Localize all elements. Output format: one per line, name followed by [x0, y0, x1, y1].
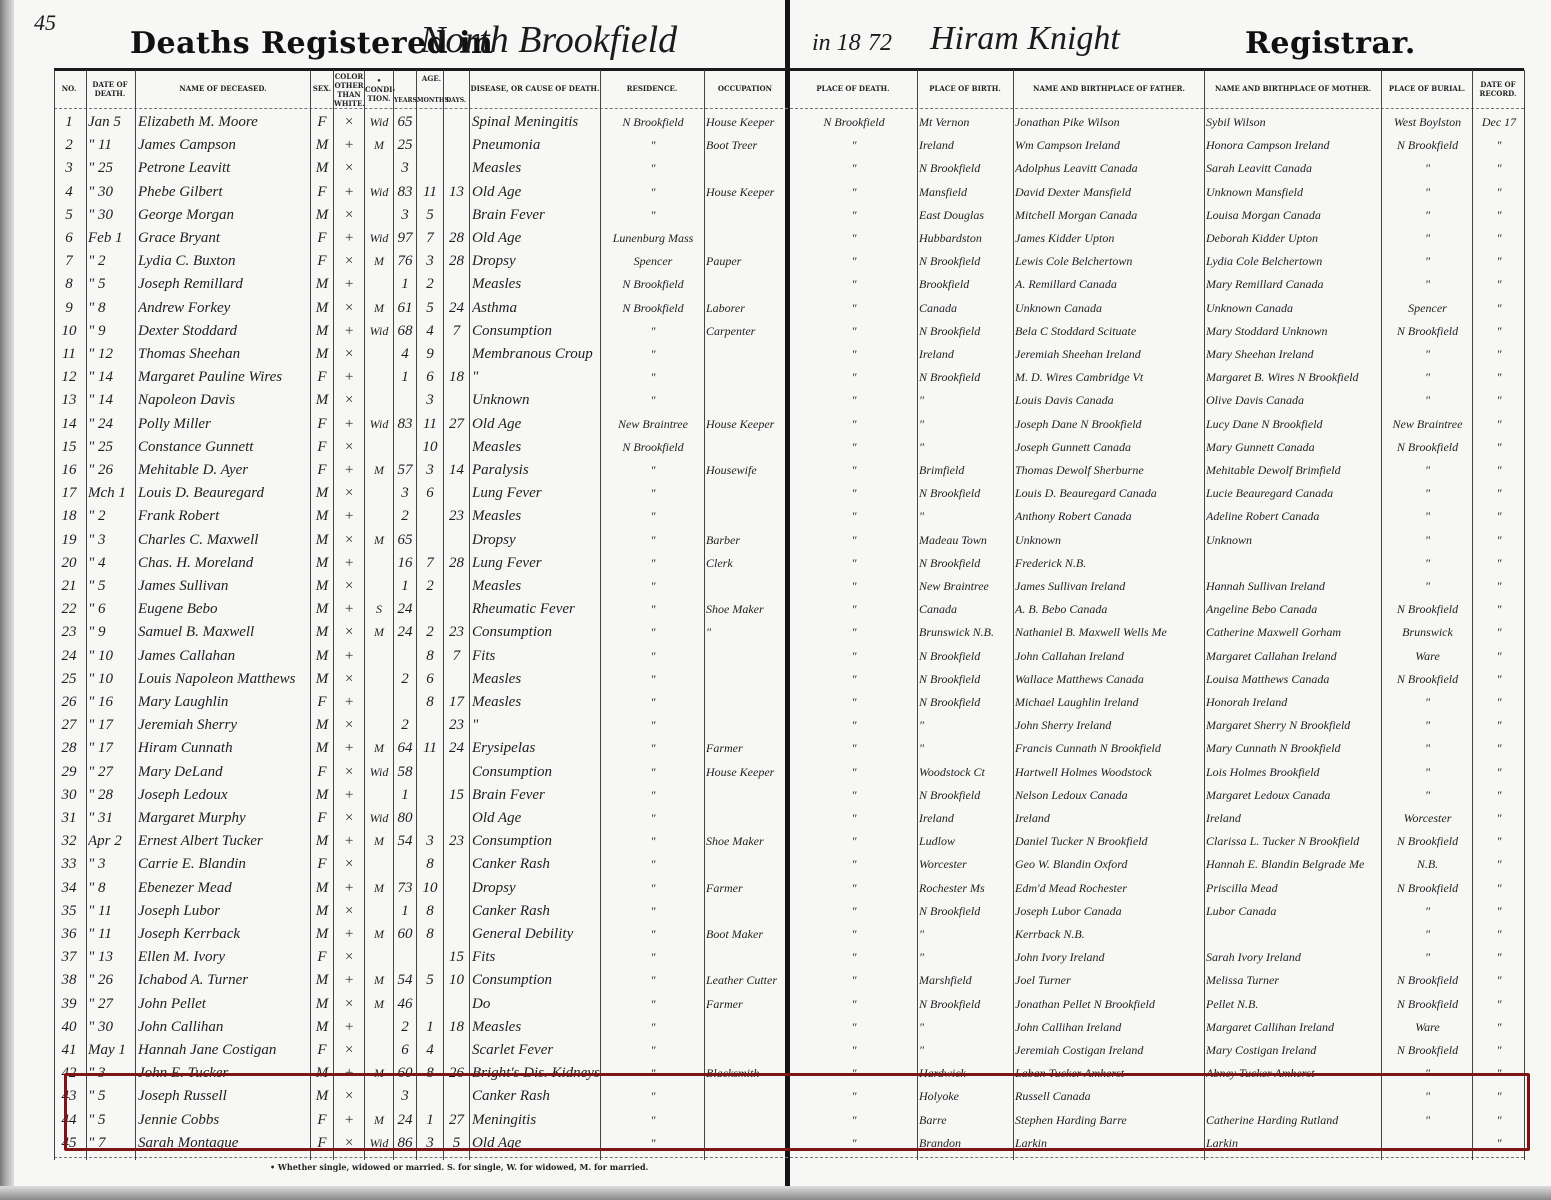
- cell-y: 65: [394, 111, 416, 133]
- header-place-of-birth: Place of Birth.: [917, 84, 1013, 93]
- color-mark-glyph: +: [334, 691, 364, 713]
- cell-rec: ": [1474, 853, 1524, 875]
- cell-m: 4: [417, 320, 443, 342]
- cell-pob: ": [919, 923, 1013, 945]
- cell-m: 8: [417, 923, 443, 945]
- cell-pob: Ludlow: [919, 830, 1013, 852]
- cell-disease: Old Age: [472, 807, 600, 829]
- cell-date: " 3: [88, 529, 134, 551]
- column-line: [1472, 70, 1473, 1160]
- cell-mother: Louisa Matthews Canada: [1206, 668, 1381, 690]
- cell-pod: ": [792, 320, 916, 342]
- cell-burial: ": [1383, 1109, 1472, 1131]
- color-mark-glyph: +: [334, 505, 364, 527]
- cell-date: " 5: [88, 273, 134, 295]
- cell-sex: M: [311, 482, 333, 504]
- cell-father: Wallace Matthews Canada: [1015, 668, 1204, 690]
- cell-pod: ": [792, 482, 916, 504]
- cell-father: Bela C Stoddard Scituate: [1015, 320, 1204, 342]
- cell-res: ": [602, 343, 704, 365]
- cell-pob: N Brookfield: [919, 900, 1013, 922]
- cell-name: Thomas Sheehan: [138, 343, 310, 365]
- cell-no: 17: [54, 482, 84, 504]
- cell-sex: M: [311, 1085, 333, 1107]
- cell-name: Jeremiah Sherry: [138, 714, 310, 736]
- cell-disease: General Debility: [472, 923, 600, 945]
- cell-rec: ": [1474, 389, 1524, 411]
- color-mark-glyph: +: [334, 181, 364, 203]
- column-line: [1013, 70, 1014, 1160]
- cell-m: 11: [417, 413, 443, 435]
- cell-m: 11: [417, 737, 443, 759]
- cell-pob: Canada: [919, 297, 1013, 319]
- cell-father: M. D. Wires Cambridge Vt: [1015, 366, 1204, 388]
- color-mark-glyph: ×: [334, 993, 364, 1015]
- cell-burial: ": [1383, 575, 1472, 597]
- cell-date: " 14: [88, 366, 134, 388]
- cell-pob: Canada: [919, 598, 1013, 620]
- column-line: [1381, 70, 1382, 1160]
- cell-name: Grace Bryant: [138, 227, 310, 249]
- cell-sex: M: [311, 575, 333, 597]
- cell-burial: New Braintree: [1383, 413, 1472, 435]
- cell-rec: ": [1474, 784, 1524, 806]
- cell-mother: Adeline Robert Canada: [1206, 505, 1381, 527]
- cell-m: 6: [417, 366, 443, 388]
- color-mark-glyph: ×: [334, 1132, 364, 1154]
- cell-burial: ": [1383, 900, 1472, 922]
- cell-pod: ": [792, 529, 916, 551]
- cell-mother: Honora Campson Ireland: [1206, 134, 1381, 156]
- cell-rec: ": [1474, 714, 1524, 736]
- cell-pob: Hardwick: [919, 1062, 1013, 1084]
- cell-name: James Callahan: [138, 645, 310, 667]
- cell-occ: Leather Cutter: [706, 969, 786, 991]
- cell-rec: ": [1474, 668, 1524, 690]
- cell-disease: Measles: [472, 668, 600, 690]
- cell-rec: ": [1474, 459, 1524, 481]
- cell-father: Louis Davis Canada: [1015, 389, 1204, 411]
- cell-mother: Margaret Callihan Ireland: [1206, 1016, 1381, 1038]
- cell-rec: ": [1474, 575, 1524, 597]
- color-mark-glyph: ×: [334, 482, 364, 504]
- cell-d: 15: [444, 784, 469, 806]
- cell-mother: Mary Gunnett Canada: [1206, 436, 1381, 458]
- cell-d: 17: [444, 691, 469, 713]
- cell-sex: M: [311, 621, 333, 643]
- cell-name: Eugene Bebo: [138, 598, 310, 620]
- cell-res: ": [602, 969, 704, 991]
- cell-res: ": [602, 1132, 704, 1154]
- cell-rec: ": [1474, 1016, 1524, 1038]
- cell-father: Adolphus Leavitt Canada: [1015, 157, 1204, 179]
- cell-res: ": [602, 923, 704, 945]
- cell-sex: M: [311, 877, 333, 899]
- cell-no: 8: [54, 273, 84, 295]
- cell-sex: F: [311, 181, 333, 203]
- cell-disease: Bright's Dis. Kidneys: [472, 1062, 600, 1084]
- cell-pod: ": [792, 343, 916, 365]
- cell-no: 29: [54, 761, 84, 783]
- cell-res: ": [602, 946, 704, 968]
- cell-pob: N Brookfield: [919, 320, 1013, 342]
- column-line: [469, 70, 470, 1160]
- cell-father: Anthony Robert Canada: [1015, 505, 1204, 527]
- cell-y: 24: [394, 621, 416, 643]
- registrar-name: Hiram Knight: [930, 20, 1120, 58]
- cell-pob: N Brookfield: [919, 482, 1013, 504]
- color-mark-glyph: ×: [334, 853, 364, 875]
- cell-father: Kerrback N.B.: [1015, 923, 1204, 945]
- cell-res: ": [602, 389, 704, 411]
- cell-m: 3: [417, 250, 443, 272]
- cell-date: " 9: [88, 320, 134, 342]
- cell-no: 36: [54, 923, 84, 945]
- cell-date: " 30: [88, 181, 134, 203]
- cell-pob: New Braintree: [919, 575, 1013, 597]
- cell-name: Louis D. Beauregard: [138, 482, 310, 504]
- cell-no: 28: [54, 737, 84, 759]
- cell-pob: N Brookfield: [919, 784, 1013, 806]
- table-rule-bottom: [54, 1157, 1524, 1159]
- cell-name: Carrie E. Blandin: [138, 853, 310, 875]
- cell-disease: Dropsy: [472, 529, 600, 551]
- cell-occ: Clerk: [706, 552, 786, 574]
- cell-y: 76: [394, 250, 416, 272]
- cell-burial: ": [1383, 227, 1472, 249]
- cell-occ: Pauper: [706, 250, 786, 272]
- cell-m: 6: [417, 668, 443, 690]
- cell-mother: Lois Holmes Brookfield: [1206, 761, 1381, 783]
- cell-occ: Housewife: [706, 459, 786, 481]
- color-mark-glyph: +: [334, 413, 364, 435]
- town-name: North Brookfield: [420, 18, 677, 62]
- cell-pod: ": [792, 830, 916, 852]
- cell-mother: Lucy Dane N Brookfield: [1206, 413, 1381, 435]
- cell-name: Mary Laughlin: [138, 691, 310, 713]
- cell-date: " 13: [88, 946, 134, 968]
- cell-disease: Meningitis: [472, 1109, 600, 1131]
- cell-name: John E. Tucker: [138, 1062, 310, 1084]
- cell-disease: Lung Fever: [472, 552, 600, 574]
- cell-pob: Brimfield: [919, 459, 1013, 481]
- cell-m: 2: [417, 575, 443, 597]
- cell-rec: ": [1474, 1085, 1524, 1107]
- cell-mother: Lydia Cole Belchertown: [1206, 250, 1381, 272]
- cell-name: Constance Gunnett: [138, 436, 310, 458]
- cell-rec: ": [1474, 761, 1524, 783]
- cell-rec: ": [1474, 621, 1524, 643]
- cell-father: Thomas Dewolf Sherburne: [1015, 459, 1204, 481]
- cell-name: Hannah Jane Costigan: [138, 1039, 310, 1061]
- cell-name: Joseph Kerrback: [138, 923, 310, 945]
- cell-d: 7: [444, 320, 469, 342]
- cell-d: 24: [444, 737, 469, 759]
- cell-occ: Boot Maker: [706, 923, 786, 945]
- cell-name: Ellen M. Ivory: [138, 946, 310, 968]
- cell-father: Michael Laughlin Ireland: [1015, 691, 1204, 713]
- page-bottom-edge: [0, 1186, 1551, 1200]
- cell-no: 16: [54, 459, 84, 481]
- cell-burial: ": [1383, 1062, 1472, 1084]
- color-mark-glyph: ×: [334, 389, 364, 411]
- cell-father: Nathaniel B. Maxwell Wells Me: [1015, 621, 1204, 643]
- cell-burial: Spencer: [1383, 297, 1472, 319]
- cell-m: 5: [417, 204, 443, 226]
- cell-pob: Ireland: [919, 807, 1013, 829]
- cell-res: ": [602, 830, 704, 852]
- cell-name: James Sullivan: [138, 575, 310, 597]
- cell-pob: Brandon: [919, 1132, 1013, 1154]
- cell-d: 14: [444, 459, 469, 481]
- cell-burial: N Brookfield: [1383, 320, 1472, 342]
- cell-cond: M: [365, 297, 393, 319]
- cell-mother: Ireland: [1206, 807, 1381, 829]
- cell-sex: F: [311, 459, 333, 481]
- cell-y: 1: [394, 784, 416, 806]
- cell-pod: ": [792, 946, 916, 968]
- cell-y: 60: [394, 1062, 416, 1084]
- cell-pod: ": [792, 900, 916, 922]
- cell-father: Joseph Gunnett Canada: [1015, 436, 1204, 458]
- cell-y: 80: [394, 807, 416, 829]
- cell-no: 7: [54, 250, 84, 272]
- cell-sex: M: [311, 993, 333, 1015]
- cell-res: ": [602, 598, 704, 620]
- cell-m: 7: [417, 227, 443, 249]
- cell-name: Charles C. Maxwell: [138, 529, 310, 551]
- cell-rec: ": [1474, 969, 1524, 991]
- cell-father: John Sherry Ireland: [1015, 714, 1204, 736]
- cell-mother: Sybil Wilson: [1206, 111, 1381, 133]
- cell-no: 10: [54, 320, 84, 342]
- cell-occ: House Keeper: [706, 413, 786, 435]
- cell-res: ": [602, 204, 704, 226]
- cell-d: 10: [444, 969, 469, 991]
- cell-disease: Dropsy: [472, 877, 600, 899]
- cell-rec: ": [1474, 993, 1524, 1015]
- cell-pob: Barre: [919, 1109, 1013, 1131]
- cell-father: Jonathan Pellet N Brookfield: [1015, 993, 1204, 1015]
- cell-m: 8: [417, 691, 443, 713]
- cell-pod: ": [792, 645, 916, 667]
- cell-no: 44: [54, 1109, 84, 1131]
- cell-father: Lewis Cole Belchertown: [1015, 250, 1204, 272]
- cell-pod: ": [792, 505, 916, 527]
- cell-d: 18: [444, 1016, 469, 1038]
- color-mark-glyph: ×: [334, 714, 364, 736]
- cell-father: James Kidder Upton: [1015, 227, 1204, 249]
- cell-y: 57: [394, 459, 416, 481]
- color-mark-glyph: ×: [334, 111, 364, 133]
- cell-no: 30: [54, 784, 84, 806]
- cell-disease: Old Age: [472, 413, 600, 435]
- cell-date: " 8: [88, 297, 134, 319]
- cell-father: James Sullivan Ireland: [1015, 575, 1204, 597]
- cell-father: Louis D. Beauregard Canada: [1015, 482, 1204, 504]
- cell-burial: N Brookfield: [1383, 830, 1472, 852]
- cell-no: 27: [54, 714, 84, 736]
- color-mark-glyph: ×: [334, 157, 364, 179]
- cell-res: ": [602, 157, 704, 179]
- cell-m: 8: [417, 853, 443, 875]
- cell-pob: N Brookfield: [919, 993, 1013, 1015]
- cell-disease: Membranous Croup: [472, 343, 600, 365]
- cell-pod: ": [792, 181, 916, 203]
- cell-pod: N Brookfield: [792, 111, 916, 133]
- cell-father: A. Remillard Canada: [1015, 273, 1204, 295]
- cell-pob: N Brookfield: [919, 250, 1013, 272]
- cell-res: N Brookfield: [602, 436, 704, 458]
- cell-pob: Rochester Ms: [919, 877, 1013, 899]
- cell-burial: N Brookfield: [1383, 598, 1472, 620]
- cell-mother: Hannah E. Blandin Belgrade Me: [1206, 853, 1381, 875]
- cell-y: 60: [394, 923, 416, 945]
- cell-y: 3: [394, 157, 416, 179]
- cell-burial: N Brookfield: [1383, 668, 1472, 690]
- cell-rec: ": [1474, 273, 1524, 295]
- cell-y: 25: [394, 134, 416, 156]
- cell-y: 1: [394, 575, 416, 597]
- cell-date: " 16: [88, 691, 134, 713]
- cell-rec: ": [1474, 134, 1524, 156]
- cell-date: " 25: [88, 436, 134, 458]
- cell-mother: Margaret Ledoux Canada: [1206, 784, 1381, 806]
- header-occupation: Occupation: [705, 84, 785, 93]
- cell-father: Frederick N.B.: [1015, 552, 1204, 574]
- cell-burial: ": [1383, 761, 1472, 783]
- cell-m: 6: [417, 482, 443, 504]
- cell-date: " 4: [88, 552, 134, 574]
- cell-y: 1: [394, 366, 416, 388]
- header-age: Age.: [394, 74, 469, 83]
- cell-name: Joseph Remillard: [138, 273, 310, 295]
- cell-date: Feb 1: [88, 227, 134, 249]
- cell-rec: ": [1474, 691, 1524, 713]
- cell-cond: M: [365, 830, 393, 852]
- cell-mother: Hannah Sullivan Ireland: [1206, 575, 1381, 597]
- cell-date: Jan 5: [88, 111, 134, 133]
- cell-disease: Brain Fever: [472, 204, 600, 226]
- cell-date: " 11: [88, 923, 134, 945]
- cell-pod: ": [792, 877, 916, 899]
- cell-disease: Measles: [472, 505, 600, 527]
- color-mark-glyph: ×: [334, 1039, 364, 1061]
- cell-res: New Braintree: [602, 413, 704, 435]
- cell-sex: M: [311, 204, 333, 226]
- column-line: [135, 70, 136, 1160]
- cell-mother: Catherine Maxwell Gorham: [1206, 621, 1381, 643]
- cell-pod: ": [792, 1039, 916, 1061]
- cell-burial: N Brookfield: [1383, 1039, 1472, 1061]
- cell-date: " 5: [88, 1085, 134, 1107]
- cell-no: 24: [54, 645, 84, 667]
- cell-name: John Callihan: [138, 1016, 310, 1038]
- cell-res: ": [602, 320, 704, 342]
- cell-occ: Shoe Maker: [706, 598, 786, 620]
- cell-pod: ": [792, 366, 916, 388]
- color-mark-glyph: +: [334, 877, 364, 899]
- cell-y: 3: [394, 204, 416, 226]
- header-father: Name and Birthplace of Father.: [1014, 84, 1204, 93]
- cell-y: 24: [394, 598, 416, 620]
- cell-pob: ": [919, 1039, 1013, 1061]
- cell-y: 3: [394, 482, 416, 504]
- cell-rec: ": [1474, 343, 1524, 365]
- cell-burial: ": [1383, 737, 1472, 759]
- cell-pob: Mansfield: [919, 181, 1013, 203]
- cell-no: 6: [54, 227, 84, 249]
- cell-res: ": [602, 807, 704, 829]
- color-mark-glyph: +: [334, 598, 364, 620]
- cell-date: " 5: [88, 1109, 134, 1131]
- color-mark-glyph: +: [334, 923, 364, 945]
- cell-pob: Brunswick N.B.: [919, 621, 1013, 643]
- cell-mother: Unknown Canada: [1206, 297, 1381, 319]
- cell-pod: ": [792, 157, 916, 179]
- page-number: 45: [34, 10, 56, 36]
- cell-no: 18: [54, 505, 84, 527]
- cell-burial: ": [1383, 366, 1472, 388]
- cell-disease: Do: [472, 993, 600, 1015]
- cell-cond: M: [365, 969, 393, 991]
- cell-father: Jeremiah Costigan Ireland: [1015, 1039, 1204, 1061]
- cell-sex: F: [311, 413, 333, 435]
- cell-sex: F: [311, 436, 333, 458]
- column-line: [600, 70, 601, 1160]
- cell-res: Spencer: [602, 250, 704, 272]
- cell-res: ": [602, 1109, 704, 1131]
- cell-res: ": [602, 784, 704, 806]
- cell-date: " 30: [88, 204, 134, 226]
- cell-occ: Barber: [706, 529, 786, 551]
- cell-res: ": [602, 621, 704, 643]
- cell-cond: M: [365, 923, 393, 945]
- cell-pob: Mt Vernon: [919, 111, 1013, 133]
- cell-name: Polly Miller: [138, 413, 310, 435]
- cell-pod: ": [792, 969, 916, 991]
- cell-father: Francis Cunnath N Brookfield: [1015, 737, 1204, 759]
- cell-sex: F: [311, 250, 333, 272]
- cell-cond: M: [365, 621, 393, 643]
- cell-sex: M: [311, 157, 333, 179]
- cell-disease: Measles: [472, 575, 600, 597]
- cell-no: 33: [54, 853, 84, 875]
- cell-pob: Marshfield: [919, 969, 1013, 991]
- cell-sex: M: [311, 529, 333, 551]
- cell-sex: F: [311, 853, 333, 875]
- cell-burial: ": [1383, 1085, 1472, 1107]
- cell-cond: Wid: [365, 181, 393, 203]
- cell-no: 12: [54, 366, 84, 388]
- cell-burial: ": [1383, 784, 1472, 806]
- cell-m: 8: [417, 900, 443, 922]
- cell-pod: ": [792, 691, 916, 713]
- cell-sex: F: [311, 111, 333, 133]
- cell-burial: ": [1383, 389, 1472, 411]
- cell-sex: M: [311, 134, 333, 156]
- cell-y: 4: [394, 343, 416, 365]
- cell-d: 27: [444, 413, 469, 435]
- color-mark-glyph: +: [334, 552, 364, 574]
- cell-burial: N Brookfield: [1383, 436, 1472, 458]
- cell-father: Unknown: [1015, 529, 1204, 551]
- cell-father: Joseph Dane N Brookfield: [1015, 413, 1204, 435]
- cell-m: 9: [417, 343, 443, 365]
- cell-y: 65: [394, 529, 416, 551]
- cell-y: 64: [394, 737, 416, 759]
- cell-mother: Mary Costigan Ireland: [1206, 1039, 1381, 1061]
